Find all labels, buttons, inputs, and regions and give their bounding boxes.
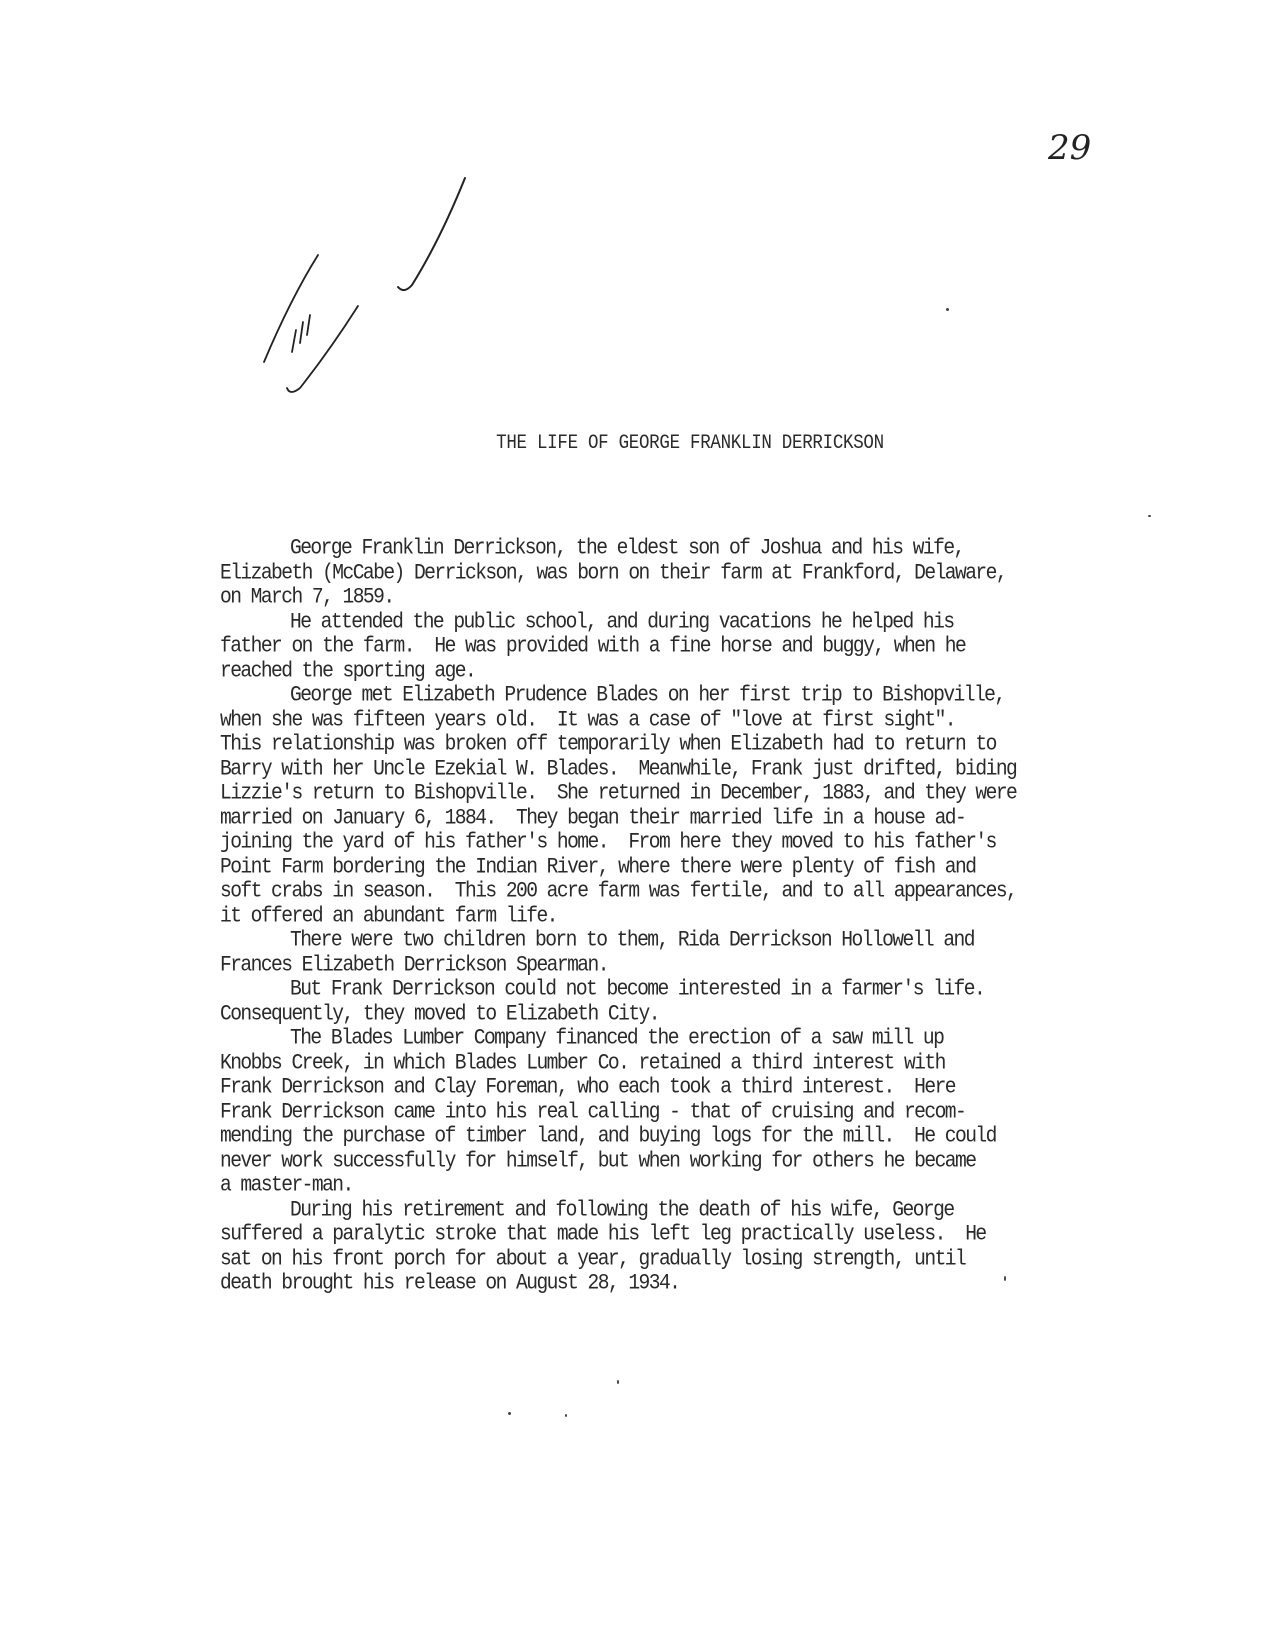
text-line: Frank Derrickson came into his real call… <box>220 1098 1200 1125</box>
text-line: Consequently, they moved to Elizabeth Ci… <box>220 1000 1200 1027</box>
text-line: on March 7, 1859. <box>220 584 1200 611</box>
text-line: death brought his release on August 28, … <box>220 1270 1200 1297</box>
text-line: Barry with her Uncle Ezekial W. Blades. … <box>220 755 1200 782</box>
text-line: suffered a paralytic stroke that made hi… <box>220 1221 1200 1248</box>
text-line: Elizabeth (McCabe) Derrickson, was born … <box>220 559 1200 586</box>
document-body: George Franklin Derrickson, the eldest s… <box>220 536 1200 1296</box>
text-line: He attended the public school, and durin… <box>220 608 1200 635</box>
scan-speck <box>946 308 949 311</box>
text-line: father on the farm. He was provided with… <box>220 633 1200 660</box>
document-page: 29 THE LIFE OF GEORGE FRANKLIN DERRICKSO… <box>0 0 1275 1650</box>
text-line: The Blades Lumber Company financed the e… <box>220 1025 1200 1052</box>
text-line: never work successfully for himself, but… <box>220 1147 1200 1174</box>
text-line: George met Elizabeth Prudence Blades on … <box>220 682 1200 709</box>
text-line: Lizzie's return to Bishopville. She retu… <box>220 780 1200 807</box>
text-line: a master-man. <box>220 1172 1200 1199</box>
scan-speck <box>508 1412 511 1415</box>
text-line: Frances Elizabeth Derrickson Spearman. <box>220 951 1200 978</box>
text-line: soft crabs in season. This 200 acre farm… <box>220 878 1200 905</box>
text-line: Knobbs Creek, in which Blades Lumber Co.… <box>220 1049 1200 1076</box>
check-mark-icon <box>398 178 465 290</box>
text-line: Point Farm bordering the Indian River, w… <box>220 853 1200 880</box>
text-line: George Franklin Derrickson, the eldest s… <box>220 535 1200 562</box>
text-line: Frank Derrickson and Clay Foreman, who e… <box>220 1074 1200 1101</box>
text-line: married on January 6, 1884. They began t… <box>220 804 1200 831</box>
text-line: it offered an abundant farm life. <box>220 902 1200 929</box>
scan-speck <box>1148 515 1151 517</box>
text-line: During his retirement and following the … <box>220 1196 1200 1223</box>
document-title: THE LIFE OF GEORGE FRANKLIN DERRICKSON <box>0 432 1275 455</box>
text-line: This relationship was broken off tempora… <box>220 731 1200 758</box>
scan-speck <box>565 1414 567 1417</box>
text-line: reached the sporting age. <box>220 657 1200 684</box>
text-line: There were two children born to them, Ri… <box>220 927 1200 954</box>
text-line: mending the purchase of timber land, and… <box>220 1123 1200 1150</box>
text-line: when she was fifteen years old. It was a… <box>220 706 1200 733</box>
handwritten-page-number: 29 <box>1048 128 1091 168</box>
initials-annotation-icon <box>264 255 358 392</box>
text-line: sat on his front porch for about a year,… <box>220 1245 1200 1272</box>
text-line: joining the yard of his father's home. F… <box>220 829 1200 856</box>
scan-speck <box>617 1380 619 1384</box>
text-line: But Frank Derrickson could not become in… <box>220 976 1200 1003</box>
